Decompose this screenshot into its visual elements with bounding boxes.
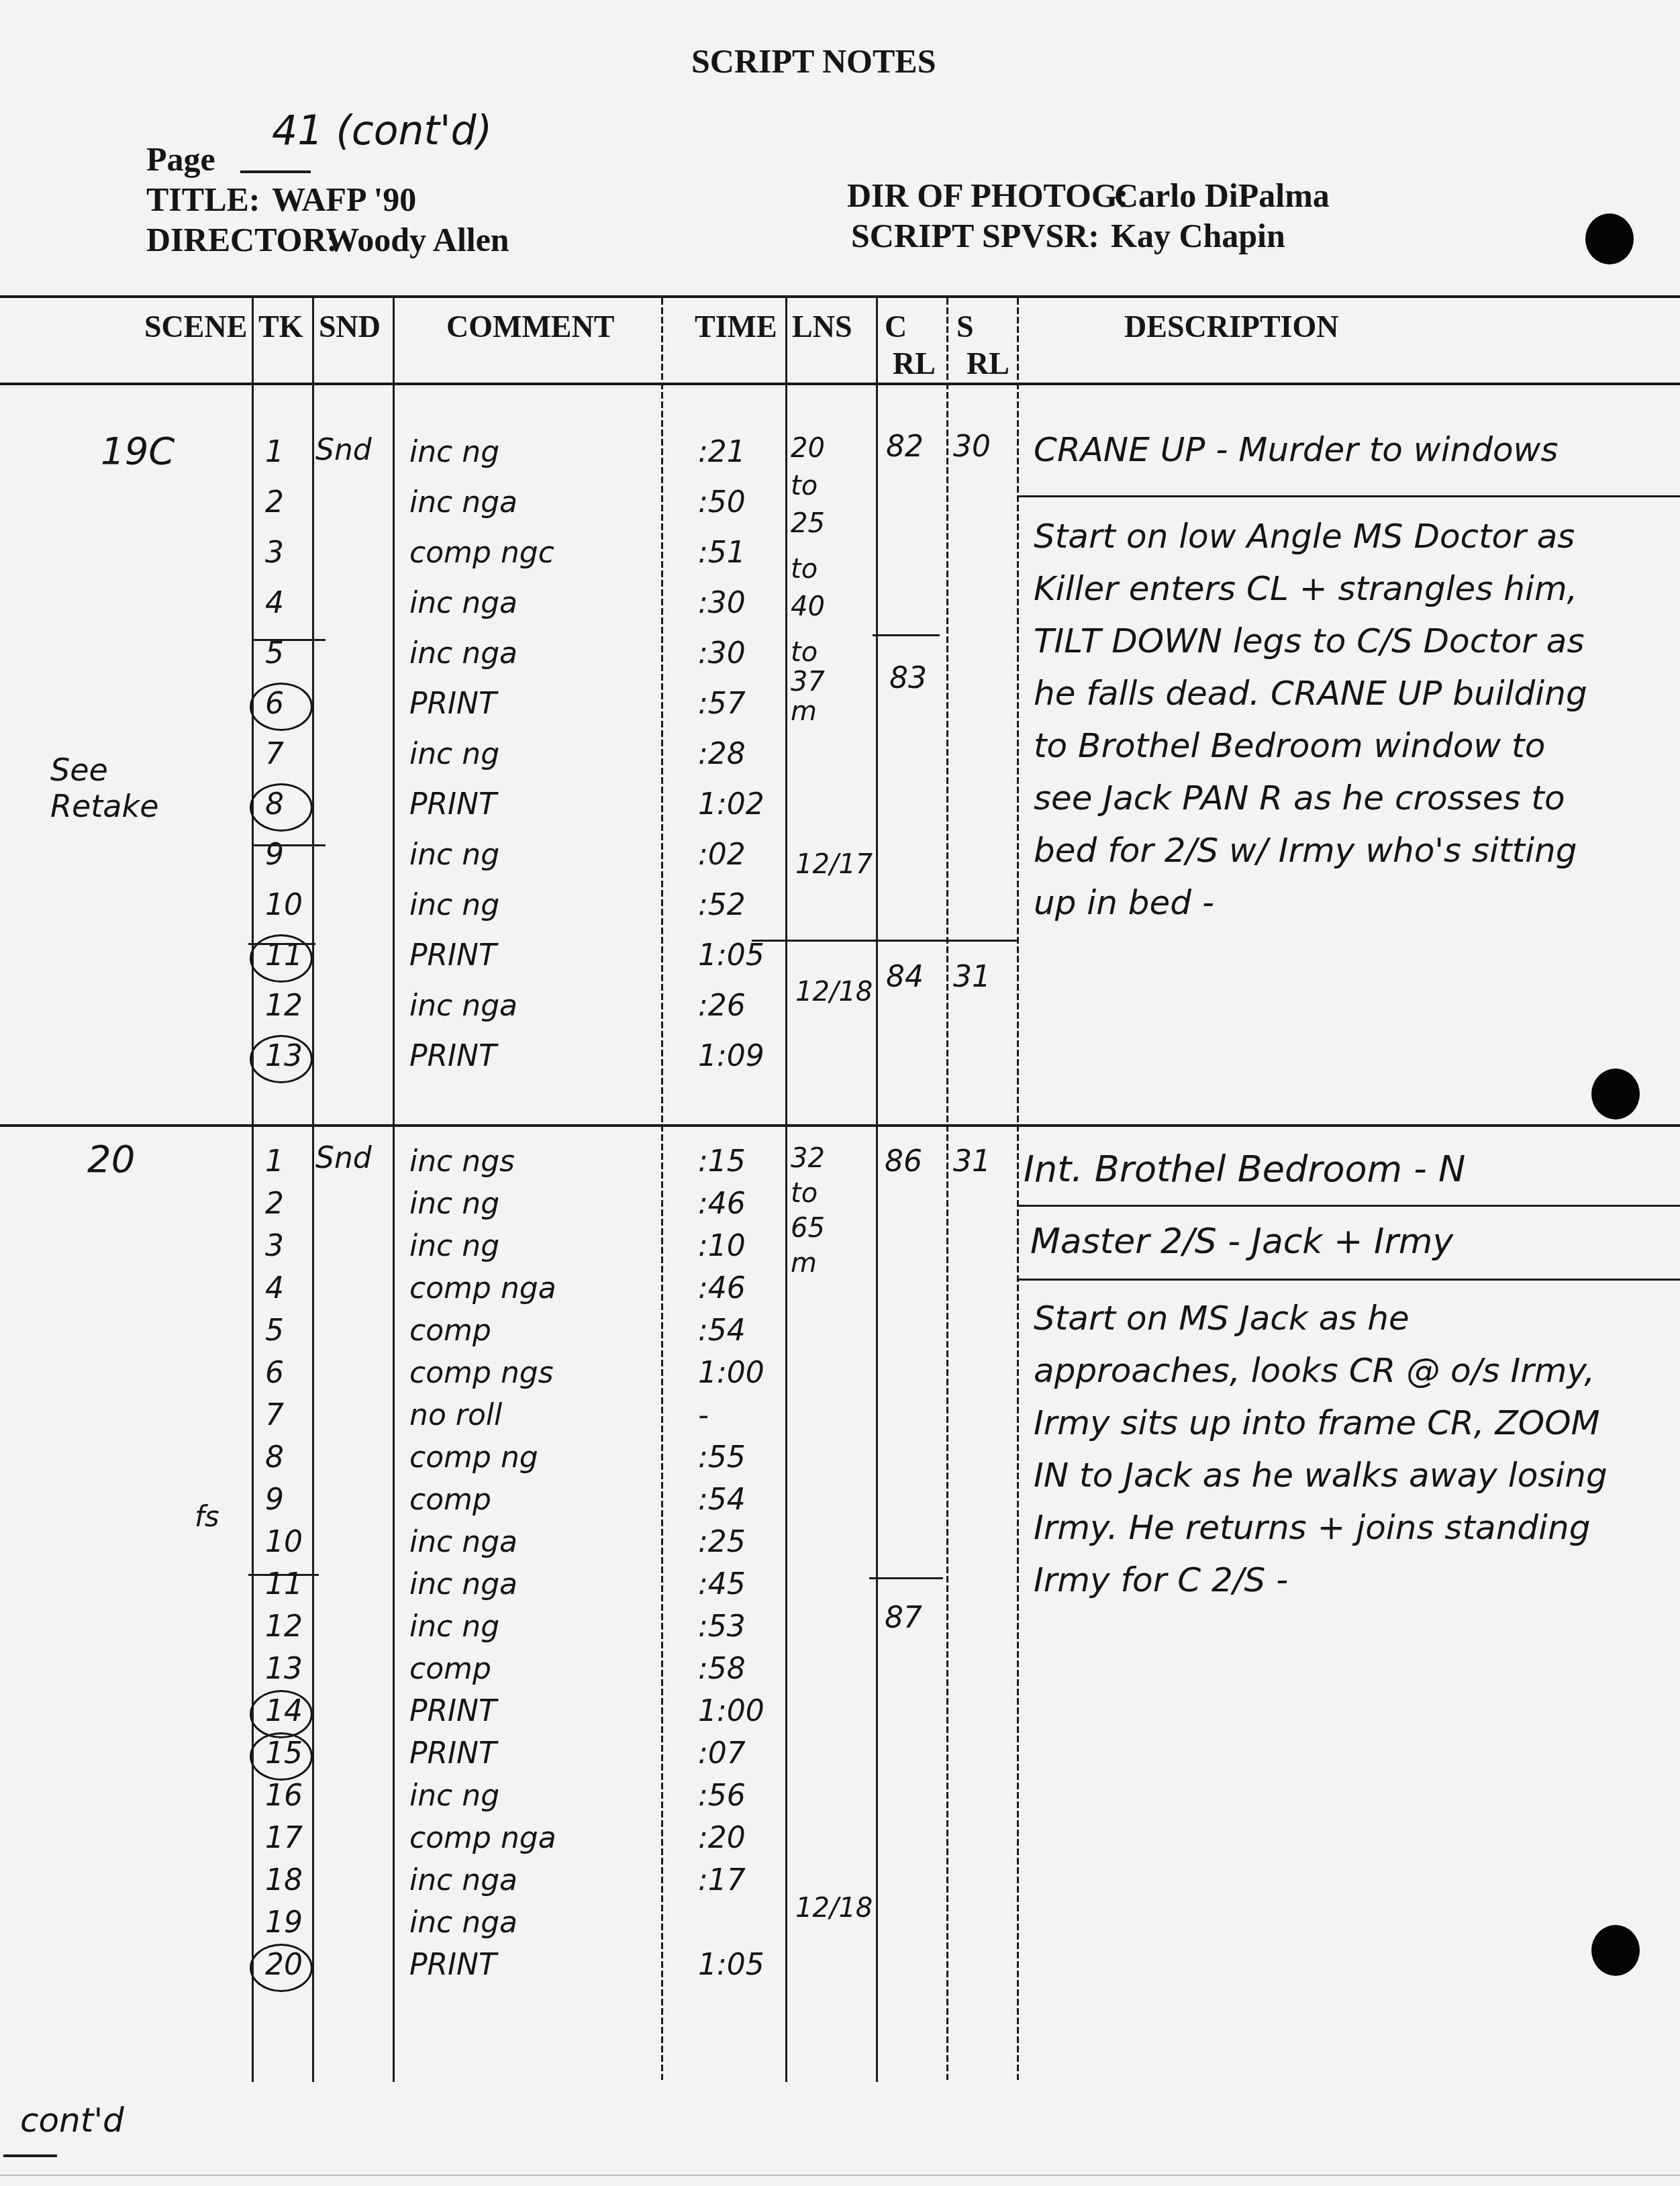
description-rule (1017, 1279, 1680, 1281)
scene-number: 20 (87, 1138, 135, 1181)
take-comment: inc nga (409, 1567, 517, 1601)
lns-value: 32 to 65 m (791, 1141, 844, 1281)
lns-value: 12/18 (795, 1893, 873, 1924)
col-header-crl-top: C (885, 309, 907, 344)
take-time: - (698, 1398, 709, 1432)
take-group-rule (252, 639, 326, 641)
col-divider-desc (1017, 298, 1019, 2080)
take-time: :50 (698, 485, 746, 519)
take-comment: inc nga (409, 485, 517, 519)
take-time: :17 (698, 1863, 746, 1897)
margin-note: fs (195, 1500, 219, 1533)
take-time: :51 (698, 536, 746, 570)
col-header-scene: SCENE (144, 309, 247, 344)
take-comment: inc nga (409, 636, 517, 670)
take-time: :54 (698, 1483, 746, 1517)
print-circle (250, 783, 313, 832)
page-value: 41 (cont'd) (272, 107, 492, 154)
description-body: Start on MS Jack as he approaches, looks… (1034, 1292, 1611, 1606)
margin-note: See Retake (50, 752, 185, 824)
lns-value: 20 to 25 (791, 430, 844, 542)
take-comment: inc ng (409, 435, 499, 469)
col-divider-comment (393, 298, 395, 2082)
col-divider-time (661, 298, 663, 2080)
take-number: 3 (265, 536, 284, 570)
lns-value: 12/17 (795, 849, 873, 880)
take-time: :58 (698, 1652, 746, 1686)
description-heading: CRANE UP - Murder to windows (1034, 430, 1638, 470)
print-circle (250, 934, 313, 983)
punch-hole-top (1585, 213, 1634, 264)
title-value: WAFP '90 (272, 180, 416, 219)
take-number: 4 (265, 1271, 284, 1305)
take-time: :15 (698, 1144, 746, 1179)
camera-roll: 83 (889, 661, 927, 695)
take-comment: PRINT (409, 1948, 497, 1982)
col-header-tk: TK (258, 309, 303, 344)
print-circle (250, 1944, 313, 1992)
supervisor-label: SCRIPT SPVSR: (851, 216, 1099, 255)
take-number: 10 (265, 888, 303, 922)
take-number: 8 (265, 1440, 284, 1475)
take-number: 10 (265, 1525, 303, 1559)
print-circle (250, 1690, 313, 1738)
supervisor-value: Kay Chapin (1111, 216, 1285, 255)
take-number: 18 (265, 1863, 303, 1897)
take-number: 5 (265, 636, 284, 670)
form-title: SCRIPT NOTES (691, 42, 936, 81)
snd-mark: Snd (315, 1141, 372, 1175)
take-comment: inc ng (409, 838, 499, 872)
take-number: 5 (265, 1313, 284, 1348)
take-group-rule (248, 943, 315, 945)
col-header-time: TIME (695, 309, 777, 344)
take-comment: PRINT (409, 938, 497, 973)
col-header-crl-bottom: RL (893, 346, 936, 381)
director-label: DIRECTOR: (146, 220, 338, 259)
continued-note: cont'd (20, 2101, 124, 2140)
lns-value: 12/18 (795, 977, 873, 1007)
take-comment: inc ng (409, 1187, 499, 1221)
take-comment: inc nga (409, 1525, 517, 1559)
take-time: :07 (698, 1736, 746, 1771)
camera-roll: 82 (886, 430, 924, 464)
dop-value: Carlo DiPalma (1114, 176, 1330, 215)
col-divider-lns (785, 298, 787, 2082)
take-time: :02 (698, 838, 746, 872)
take-time: :21 (698, 435, 746, 469)
sound-roll: 31 (953, 960, 991, 994)
take-number: 9 (265, 1483, 284, 1517)
take-comment: PRINT (409, 687, 497, 721)
take-time: :54 (698, 1313, 746, 1348)
crl-group-rule (873, 634, 940, 636)
take-comment: inc ng (409, 737, 499, 771)
take-time: 1:00 (698, 1356, 764, 1390)
take-number: 7 (265, 737, 284, 771)
take-number: 4 (265, 586, 284, 620)
take-number: 9 (265, 838, 284, 872)
description-rule (1017, 495, 1680, 497)
take-number: 3 (265, 1229, 284, 1263)
take-time: 1:09 (698, 1039, 764, 1073)
take-time: :53 (698, 1609, 746, 1644)
page-label: Page (146, 140, 215, 179)
description-heading: Master 2/S - Jack + Irmy (1030, 1222, 1453, 1262)
col-header-srl-bottom: RL (967, 346, 1009, 381)
take-number: 1 (265, 1144, 284, 1179)
take-comment: inc ng (409, 1609, 499, 1644)
take-time: :52 (698, 888, 746, 922)
take-time: :30 (698, 636, 746, 670)
print-circle (250, 1035, 313, 1083)
director-value: Woody Allen (326, 220, 509, 259)
take-comment: comp nga (409, 1821, 556, 1855)
scene-number: 19C (101, 430, 175, 473)
take-group-rule (248, 1574, 319, 1576)
take-number: 2 (265, 485, 284, 519)
lns-value: to 40 (791, 550, 844, 626)
take-time: :10 (698, 1229, 746, 1263)
take-comment: inc ng (409, 1779, 499, 1813)
take-comment: PRINT (409, 1694, 497, 1728)
take-comment: no roll (409, 1398, 502, 1432)
take-comment: comp ngc (409, 536, 554, 570)
print-circle (250, 683, 313, 731)
take-comment: inc nga (409, 586, 517, 620)
print-circle (250, 1732, 313, 1781)
take-comment: comp ng (409, 1440, 538, 1475)
take-number: 7 (265, 1398, 284, 1432)
sound-roll: 30 (953, 430, 991, 464)
take-comment: PRINT (409, 787, 497, 822)
take-time: :25 (698, 1525, 746, 1559)
camera-roll: 87 (885, 1601, 922, 1635)
take-comment: comp ngs (409, 1356, 554, 1390)
take-number: 1 (265, 435, 284, 469)
col-header-snd: SND (319, 309, 381, 344)
take-number: 19 (265, 1905, 303, 1940)
snd-mark: Snd (315, 433, 372, 467)
take-comment: comp (409, 1313, 491, 1348)
take-comment: PRINT (409, 1039, 497, 1073)
take-number: 12 (265, 1609, 303, 1644)
take-group-rule (252, 844, 326, 846)
take-comment: comp (409, 1652, 491, 1686)
description-heading: Int. Brothel Bedroom - N (1024, 1148, 1465, 1190)
camera-roll: 84 (886, 960, 924, 994)
take-time: :26 (698, 989, 746, 1023)
take-time: :46 (698, 1271, 746, 1305)
take-comment: comp nga (409, 1271, 556, 1305)
col-header-lns: LNS (792, 309, 852, 344)
take-number: 6 (265, 1356, 284, 1390)
sound-roll: 31 (953, 1144, 991, 1179)
take-time: :55 (698, 1440, 746, 1475)
take-time: :56 (698, 1779, 746, 1813)
take-time: :57 (698, 687, 746, 721)
description-rule (1017, 1205, 1680, 1207)
dop-label: DIR OF PHOTOG: (847, 176, 1128, 215)
col-header-comment: COMMENT (446, 309, 614, 344)
lns-group-rule (752, 940, 1017, 942)
take-number: 16 (265, 1779, 303, 1813)
col-header-description: DESCRIPTION (1124, 309, 1339, 344)
punch-hole-middle (1591, 1069, 1640, 1120)
take-comment: inc ng (409, 888, 499, 922)
take-time: :20 (698, 1821, 746, 1855)
table-bottom-edge (0, 2175, 1680, 2176)
take-comment: inc nga (409, 1905, 517, 1940)
continued-arrow-line (3, 2154, 57, 2157)
take-time: :46 (698, 1187, 746, 1221)
col-divider-tk (252, 298, 254, 2082)
take-time: 1:00 (698, 1694, 764, 1728)
crl-group-rule (869, 1577, 943, 1579)
take-number: 12 (265, 989, 303, 1023)
take-time: :30 (698, 586, 746, 620)
punch-hole-bottom (1591, 1925, 1640, 1976)
title-label: TITLE: (146, 180, 260, 219)
take-number: 11 (265, 1567, 303, 1601)
take-time: :45 (698, 1567, 746, 1601)
camera-roll: 86 (885, 1144, 922, 1179)
col-divider-srl (946, 298, 948, 2080)
take-comment: PRINT (409, 1736, 497, 1771)
take-number: 2 (265, 1187, 284, 1221)
take-time: 1:05 (698, 1948, 764, 1982)
take-comment: inc nga (409, 1863, 517, 1897)
take-comment: inc ngs (409, 1144, 515, 1179)
take-time: 1:05 (698, 938, 764, 973)
page-underline (240, 170, 311, 173)
take-number: 13 (265, 1652, 303, 1686)
take-number: 17 (265, 1821, 303, 1855)
take-comment: comp (409, 1483, 491, 1517)
take-comment: inc nga (409, 989, 517, 1023)
lns-value: to 37 m (791, 638, 844, 726)
take-time: 1:02 (698, 787, 764, 822)
col-divider-snd (312, 298, 314, 2082)
description-body: Start on low Angle MS Doctor as Killer e… (1034, 510, 1611, 929)
col-divider-crl (876, 298, 878, 2082)
take-comment: inc ng (409, 1229, 499, 1263)
col-header-srl-top: S (956, 309, 974, 344)
take-time: :28 (698, 737, 746, 771)
